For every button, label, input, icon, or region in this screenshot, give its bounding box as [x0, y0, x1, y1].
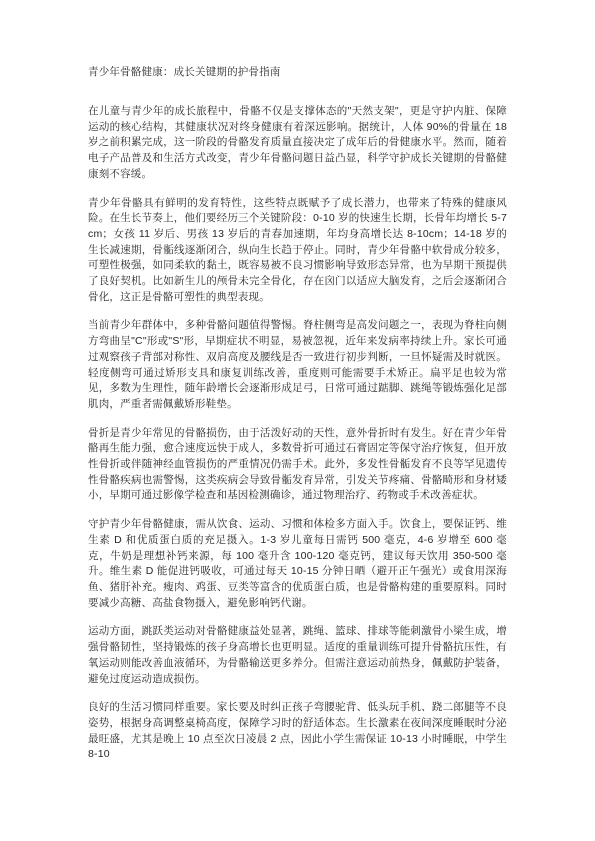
paragraph-growth-stages: 青少年骨骼具有鲜明的发育特性，这些特点既赋予了成长潜力，也带来了特殊的健康风险。… — [88, 196, 507, 306]
document-title: 青少年骨骼健康：成长关键期的护骨指南 — [88, 64, 507, 80]
paragraph-diet: 守护青少年骨骼健康，需从饮食、运动、习惯和体检多方面入手。饮食上，要保证钙、维生… — [88, 517, 507, 611]
paragraph-exercise: 运动方面，跳跃类运动对骨骼健康益处显著，跳绳、篮球、排球等能刺激骨小梁生成，增强… — [88, 624, 507, 687]
paragraph-habits: 良好的生活习惯同样重要。家长要及时纠正孩子弯腰驼背、低头玩手机、跷二郎腿等不良姿… — [88, 700, 507, 763]
paragraph-common-problems: 当前青少年群体中，多种骨骼问题值得警惕。脊柱侧弯是高发问题之一，表现为脊柱向侧方… — [88, 318, 507, 412]
paragraph-intro: 在儿童与青少年的成长旅程中，骨骼不仅是支撑体态的"天然支架"，更是守护内脏、保障… — [88, 104, 507, 183]
document-page: 青少年骨骼健康：成长关键期的护骨指南 在儿童与青少年的成长旅程中，骨骼不仅是支撑… — [0, 0, 595, 841]
paragraph-fractures: 骨折是青少年常见的骨骼损伤，由于活泼好动的天性，意外骨折时有发生。好在青少年骨骼… — [88, 426, 507, 505]
